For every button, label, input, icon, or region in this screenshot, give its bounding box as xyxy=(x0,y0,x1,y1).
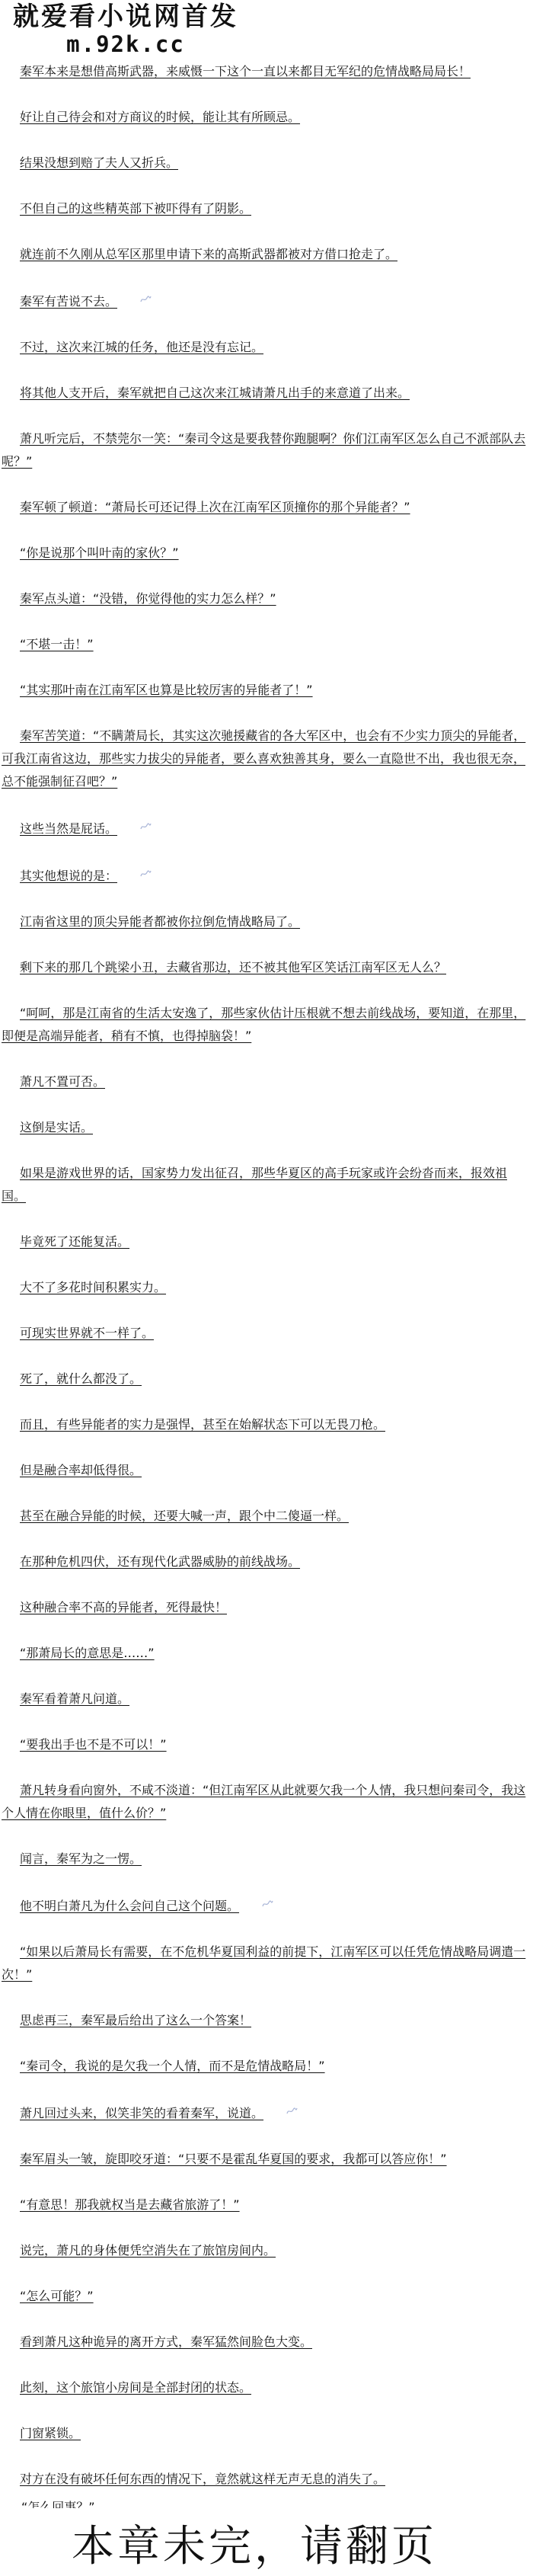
paragraph-text: 就连前不久刚从总军区那里申请下来的高斯武器都被对方借口抢走了。 xyxy=(20,247,397,261)
paragraph: 闻言，秦军为之一愣。 xyxy=(2,1848,528,1870)
paragraph: 将其他人支开后，秦军就把自己这次来江城请萧凡出手的来意道了出来。 xyxy=(2,382,528,405)
paragraph: 秦军本来是想借高斯武器，来威慑一下这个一直以来都目无军纪的危情战略局局长！ xyxy=(2,60,528,83)
paragraph: “呵呵，那是江南省的生活太安逸了，那些家伙估计压根就不想去前线战场，要知道，在那… xyxy=(2,1002,528,1048)
paragraph: 秦军有苦说不去。 xyxy=(2,289,528,313)
paragraph-text: 门窗紧锁。 xyxy=(20,2426,81,2440)
paragraph-text: 毕竟死了还能复活。 xyxy=(20,1234,129,1249)
paragraph: 萧凡听完后，不禁莞尔一笑：“秦司令这是要我替你跑腿啊？你们江南军区怎么自己不派部… xyxy=(2,427,528,473)
paragraph-text: 但是融合率却低得很。 xyxy=(20,1463,142,1477)
paragraph-text: 萧凡听完后，不禁莞尔一笑：“秦司令这是要我替你跑腿啊？你们江南军区怎么自己不派部… xyxy=(2,431,525,469)
paragraph-text: 思虑再三，秦军最后给出了这么一个答案！ xyxy=(20,2013,251,2027)
paragraph: 但是融合率却低得很。 xyxy=(2,1459,528,1482)
paragraph-text: 不但自己的这些精英部下被吓得有了阴影。 xyxy=(20,201,251,216)
paragraph-text: 秦军本来是想借高斯武器，来威慑一下这个一直以来都目无军纪的危情战略局局长！ xyxy=(20,64,471,78)
paragraph: “其实那叶南在江南军区也算是比较厉害的异能者了！” xyxy=(2,679,528,702)
paragraph: 甚至在融合异能的时候，还要大喊一声，跟个中二傻逼一样。 xyxy=(2,1505,528,1528)
paragraph: 其实他想说的是： xyxy=(2,863,528,888)
paragraph: 萧凡回过头来，似笑非笑的看着秦军，说道。 xyxy=(2,2101,528,2125)
paragraph: “要我出手也不是不可以！” xyxy=(2,1733,528,1756)
paragraph: 思虑再三，秦军最后给出了这么一个答案！ xyxy=(2,2009,528,2032)
paragraph: 秦军顿了顿道：“萧局长可还记得上次在江南军区顶撞你的那个异能者？” xyxy=(2,496,528,519)
paragraph-text: 江南省这里的顶尖异能者都被你拉倒危情战略局了。 xyxy=(20,914,300,929)
paragraph-text: “怎么可能？” xyxy=(20,2289,94,2303)
paragraph: 秦军苦笑道：“不瞒萧局长，其实这次驰援藏省的各大军区中，也会有不少实力顶尖的异能… xyxy=(2,725,528,793)
paragraph-text: “要我出手也不是不可以！” xyxy=(20,1737,167,1752)
paragraph: “那萧局长的意思是……” xyxy=(2,1642,528,1665)
paragraph-text: 其实他想说的是： xyxy=(20,869,117,883)
site-header: 就爱看小说网首发 m.92k.cc xyxy=(0,0,251,57)
novel-reader-page: 就爱看小说网首发 m.92k.cc 秦军本来是想借高斯武器，来威慑一下这个一直以… xyxy=(0,0,533,2576)
paragraph-text: 此刻，这个旅馆小房间是全部封闭的状态。 xyxy=(20,2380,251,2395)
paragraph: 看到萧凡这种诡异的离开方式，秦军猛然间脸色大变。 xyxy=(2,2331,528,2354)
paragraph-text: 秦军点头道：“没错，你觉得他的实力怎么样？” xyxy=(20,591,276,606)
paragraph-text: 秦军有苦说不去。 xyxy=(20,294,117,309)
paragraph: 秦军点头道：“没错，你觉得他的实力怎么样？” xyxy=(2,587,528,610)
paragraph-text: 秦军眉头一皱，旋即咬牙道：“只要不是霍乱华夏国的要求，我都可以答应你！” xyxy=(20,2152,447,2166)
paragraph: “不堪一击！” xyxy=(2,633,528,656)
watermark-squiggle-icon xyxy=(121,816,152,839)
paragraph-text: 这些当然是屁话。 xyxy=(20,821,117,836)
paragraph-text: 结果没想到赔了夫人又折兵。 xyxy=(20,155,178,170)
paragraph: “如果以后萧局长有需要，在不危机华夏国利益的前提下，江南军区可以任凭危情战略局调… xyxy=(2,1941,528,1986)
page-footer: 本章未完，请翻页 xyxy=(0,2508,533,2576)
paragraph-text: 萧凡转身看向窗外，不咸不淡道：“但江南军区从此就要欠我一个人情，我只想问秦司令，… xyxy=(2,1783,525,1820)
paragraph: “有意思！那我就权当是去藏省旅游了！” xyxy=(2,2194,528,2216)
paragraph: “怎么可能？” xyxy=(2,2285,528,2308)
paragraph: 不过，这次来江城的任务，他还是没有忘记。 xyxy=(2,336,528,359)
paragraph: 可现实世界就不一样了。 xyxy=(2,1322,528,1345)
paragraph: 死了，就什么都没了。 xyxy=(2,1368,528,1390)
paragraph-text: “秦司令，我说的是欠我一个人情，而不是危情战略局！” xyxy=(20,2059,325,2073)
paragraph-text: 死了，就什么都没了。 xyxy=(20,1371,142,1386)
paragraph-text: 而且，有些异能者的实力是强悍，甚至在始解状态下可以无畏刀枪。 xyxy=(20,1417,385,1432)
paragraph-text: 萧凡回过头来，似笑非笑的看着秦军，说道。 xyxy=(20,2106,263,2120)
site-url[interactable]: m.92k.cc xyxy=(0,32,251,57)
paragraph: 秦军看着萧凡问道。 xyxy=(2,1688,528,1710)
paragraph-text: 将其他人支开后，秦军就把自己这次来江城请萧凡出手的来意道了出来。 xyxy=(20,386,410,400)
paragraph-text: “呵呵，那是江南省的生活太安逸了，那些家伙估计压根就不想去前线战场，要知道，在那… xyxy=(2,1006,525,1043)
paragraph: 就连前不久刚从总军区那里申请下来的高斯武器都被对方借口抢走了。 xyxy=(2,243,528,266)
paragraph: 说完，萧凡的身体便凭空消失在了旅馆房间内。 xyxy=(2,2239,528,2262)
paragraph: 这些当然是屁话。 xyxy=(2,816,528,840)
paragraph-text: “那萧局长的意思是……” xyxy=(20,1646,155,1660)
paragraph-text: 不过，这次来江城的任务，他还是没有忘记。 xyxy=(20,340,263,354)
paragraph: 江南省这里的顶尖异能者都被你拉倒危情战略局了。 xyxy=(2,910,528,933)
next-page-notice[interactable]: 本章未完，请翻页 xyxy=(0,2508,533,2574)
paragraph-text: 这种融合率不高的异能者，死得最快！ xyxy=(20,1600,227,1614)
paragraph-text: “你是说那个叫叶南的家伙？” xyxy=(20,546,179,560)
paragraph: 萧凡转身看向窗外，不咸不淡道：“但江南军区从此就要欠我一个人情，我只想问秦司令，… xyxy=(2,1779,528,1825)
paragraph-text: “其实那叶南在江南军区也算是比较厉害的异能者了！” xyxy=(20,683,313,697)
watermark-squiggle-icon xyxy=(243,1893,273,1916)
paragraph-text: “有意思！那我就权当是去藏省旅游了！” xyxy=(20,2197,240,2212)
paragraph: 在那种危机四伏，还有现代化武器威胁的前线战场。 xyxy=(2,1550,528,1573)
paragraph: 而且，有些异能者的实力是强悍，甚至在始解状态下可以无畏刀枪。 xyxy=(2,1413,528,1436)
paragraph: 如果是游戏世界的话，国家势力发出征召，那些华夏区的高手玩家或许会纷沓而来，报效祖… xyxy=(2,1162,528,1208)
paragraph-text: 甚至在融合异能的时候，还要大喊一声，跟个中二傻逼一样。 xyxy=(20,1509,349,1523)
paragraph: “你是说那个叫叶南的家伙？” xyxy=(2,542,528,565)
paragraph-text: 看到萧凡这种诡异的离开方式，秦军猛然间脸色大变。 xyxy=(20,2334,312,2349)
paragraph: 剩下来的那几个跳梁小丑，去藏省那边，还不被其他军区笑话江南军区无人么？ xyxy=(2,956,528,979)
paragraph-text: 大不了多花时间积累实力。 xyxy=(20,1280,166,1294)
paragraph: 秦军眉头一皱，旋即咬牙道：“只要不是霍乱华夏国的要求，我都可以答应你！” xyxy=(2,2148,528,2171)
paragraph-text: 这倒是实话。 xyxy=(20,1120,93,1134)
paragraph: 结果没想到赔了夫人又折兵。 xyxy=(2,152,528,174)
paragraph-text: 秦军看着萧凡问道。 xyxy=(20,1691,129,1706)
paragraph: 门窗紧锁。 xyxy=(2,2422,528,2445)
paragraph: 这种融合率不高的异能者，死得最快！ xyxy=(2,1596,528,1619)
paragraph-text: “不堪一击！” xyxy=(20,637,94,651)
paragraph-text: 秦军顿了顿道：“萧局长可还记得上次在江南军区顶撞你的那个异能者？” xyxy=(20,500,410,514)
paragraph-text: 好让自己待会和对方商议的时候，能让其有所顾忌。 xyxy=(20,110,300,124)
watermark-squiggle-icon xyxy=(121,289,152,312)
paragraph-text: 他不明白萧凡为什么会问自己这个问题。 xyxy=(20,1899,239,1913)
paragraph: 大不了多花时间积累实力。 xyxy=(2,1276,528,1299)
paragraph-text: 萧凡不置可否。 xyxy=(20,1074,105,1089)
paragraph-text: 对方在没有破坏任何东西的情况下，竟然就这样无声无息的消失了。 xyxy=(20,2472,385,2486)
chapter-content: 秦军本来是想借高斯武器，来威慑一下这个一直以来都目无军纪的危情战略局局长！ 好让… xyxy=(0,57,533,2491)
paragraph-text: 说完，萧凡的身体便凭空消失在了旅馆房间内。 xyxy=(20,2243,276,2258)
paragraph: 他不明白萧凡为什么会问自己这个问题。 xyxy=(2,1893,528,1918)
paragraph: 此刻，这个旅馆小房间是全部封闭的状态。 xyxy=(2,2376,528,2399)
paragraph: 这倒是实话。 xyxy=(2,1116,528,1139)
paragraph-text: 闻言，秦军为之一愣。 xyxy=(20,1851,142,1866)
paragraph-text: 在那种危机四伏，还有现代化武器威胁的前线战场。 xyxy=(20,1554,300,1569)
watermark-squiggle-icon xyxy=(267,2101,298,2123)
paragraph-text: 秦军苦笑道：“不瞒萧局长，其实这次驰援藏省的各大军区中，也会有不少实力顶尖的异能… xyxy=(2,728,525,789)
paragraph-text: 如果是游戏世界的话，国家势力发出征召，那些华夏区的高手玩家或许会纷沓而来，报效祖… xyxy=(2,1166,507,1203)
paragraph: 好让自己待会和对方商议的时候，能让其有所顾忌。 xyxy=(2,106,528,129)
paragraph-text: 可现实世界就不一样了。 xyxy=(20,1326,154,1340)
paragraph: 毕竟死了还能复活。 xyxy=(2,1230,528,1253)
paragraph-text: “如果以后萧局长有需要，在不危机华夏国利益的前提下，江南军区可以任凭危情战略局调… xyxy=(2,1944,525,1982)
paragraph-text: 剩下来的那几个跳梁小丑，去藏省那边，还不被其他军区笑话江南军区无人么？ xyxy=(20,960,446,974)
paragraph: 不但自己的这些精英部下被吓得有了阴影。 xyxy=(2,197,528,220)
paragraph: 对方在没有破坏任何东西的情况下，竟然就这样无声无息的消失了。 xyxy=(2,2468,528,2491)
site-name: 就爱看小说网首发 xyxy=(0,2,251,32)
watermark-squiggle-icon xyxy=(121,863,152,886)
paragraph: 萧凡不置可否。 xyxy=(2,1070,528,1093)
paragraph: “秦司令，我说的是欠我一个人情，而不是危情战略局！” xyxy=(2,2055,528,2078)
